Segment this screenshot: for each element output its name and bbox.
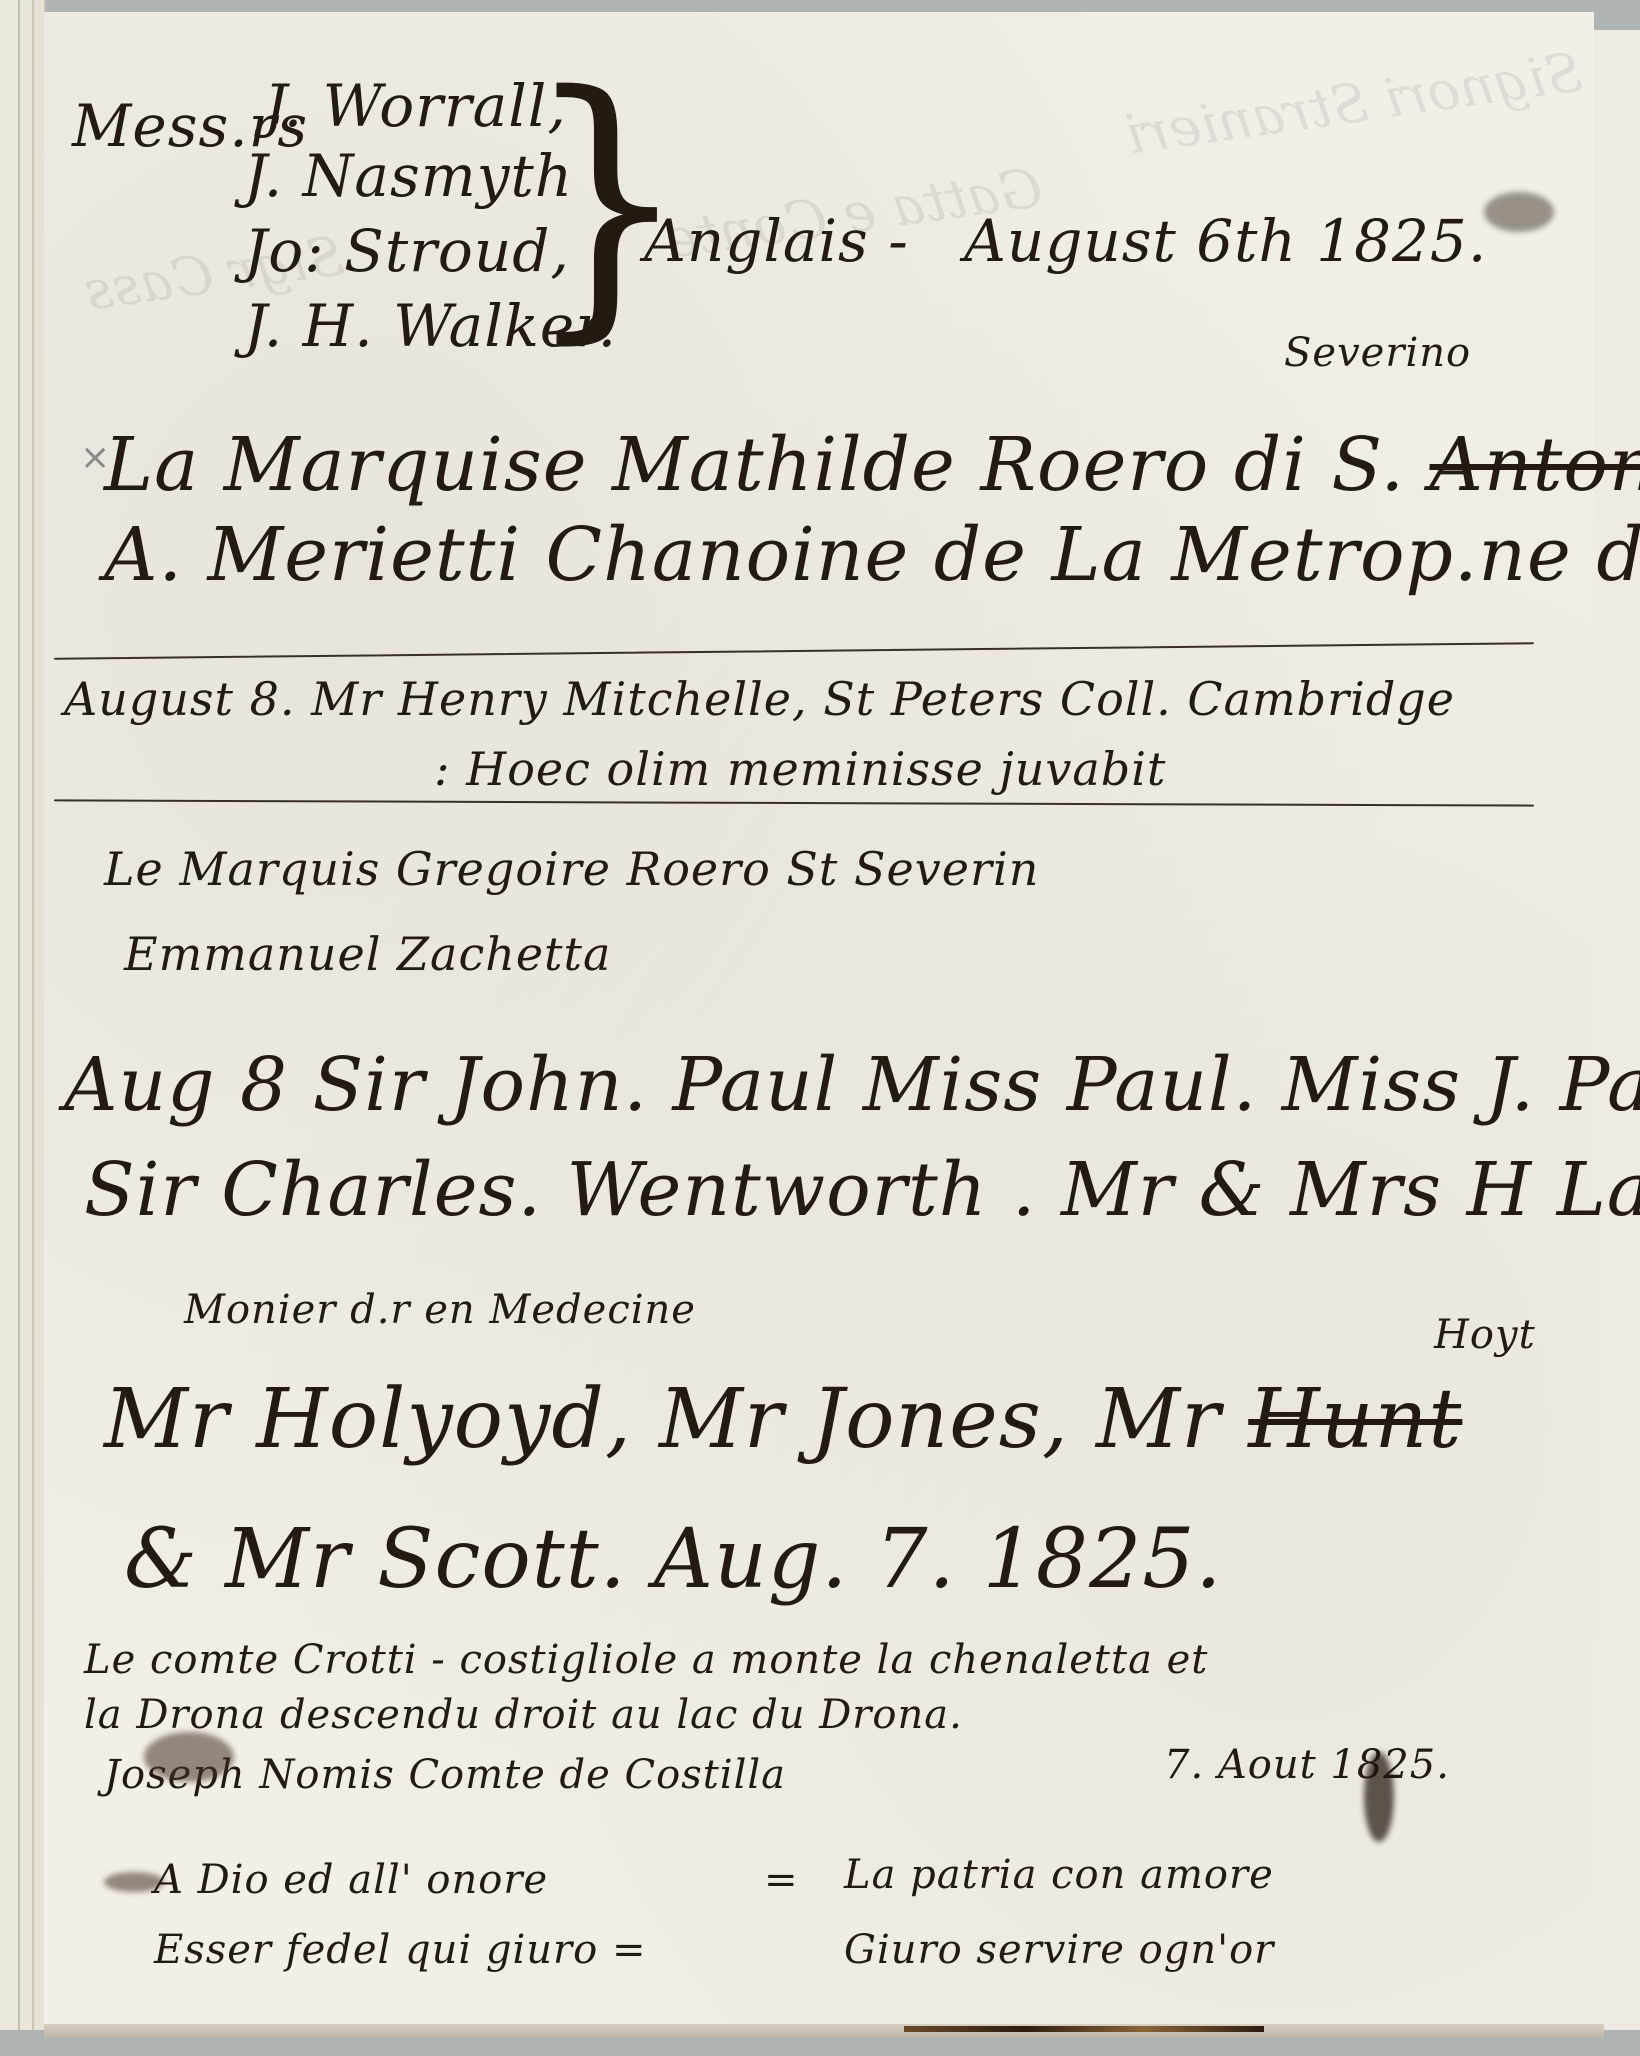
scott-line: & Mr Scott. Aug. 7. 1825. (124, 1512, 1223, 1607)
name-stroud: Jo: Stroud, (244, 217, 570, 285)
marquis-line: Le Marquis Gregoire Roero St Severin (104, 842, 1039, 896)
edge-stain (904, 2026, 1264, 2032)
ink-blot (1484, 192, 1554, 232)
verse-left-2: Esser fedel qui giuro = (154, 1927, 647, 1973)
struck-word: Antonio (1430, 422, 1640, 508)
marchesa-line-1: La Marquise Mathilde Roero di S. Antonio (104, 422, 1640, 508)
paul-line: Aug 8 Sir John. Paul Miss Paul. Miss J. … (64, 1042, 1640, 1128)
mitchell-line-2: : Hoec olim meminisse juvabit (434, 742, 1166, 796)
ink-stain (144, 1732, 234, 1782)
marchesa-line-2: A. Merietti Chanoine de La Metrop.ne de … (104, 512, 1640, 598)
name-worrall: J. Worrall, (264, 72, 567, 140)
verse-right-1: La patria con amore (844, 1852, 1274, 1898)
verse-separator: = (764, 1857, 799, 1903)
wentworth-line: Sir Charles. Wentworth . Mr & Mrs H Lamb… (84, 1147, 1640, 1233)
page-stack-left (0, 0, 46, 2030)
verse-right-2: Giuro servire ogn'or (844, 1927, 1274, 1973)
insert-hoyt: Hoyt (1434, 1312, 1536, 1358)
header-place: Anglais - (644, 207, 909, 275)
holyoyd-text: Mr Holyoyd, Mr Jones, Mr (104, 1372, 1221, 1467)
ink-drip (1364, 1752, 1394, 1842)
divider-rule (54, 799, 1534, 806)
page-bottom-edge (44, 2024, 1604, 2038)
brace-mark: } (524, 59, 689, 345)
marchesa-text: La Marquise Mathilde Roero di S. (104, 422, 1405, 508)
verse-left-1: A Dio ed all' onore (154, 1857, 548, 1903)
manuscript-page: Signori Stranieri Gatta e Conte Sigr Cas… (44, 12, 1594, 2030)
monier-line: Monier d.r en Medecine (184, 1287, 696, 1333)
drona-line: la Drona descendu droit au lac du Drona. (84, 1692, 963, 1738)
bleed-through: Signori Stranieri (1122, 40, 1586, 166)
struck-word: Hunt (1248, 1372, 1462, 1467)
zachetta-line: Emmanuel Zachetta (124, 927, 611, 981)
header-date: August 6th 1825. (964, 207, 1487, 275)
insert-severino: Severino (1284, 330, 1471, 376)
holyoyd-line: Mr Holyoyd, Mr Jones, Mr Hunt (104, 1372, 1462, 1467)
mitchell-line-1: August 8. Mr Henry Mitchelle, St Peters … (64, 672, 1455, 726)
costilla-date: 7. Aout 1825. (1164, 1742, 1450, 1788)
divider-rule (54, 642, 1534, 659)
crotti-line: Le comte Crotti - costigliole a monte la… (84, 1637, 1208, 1683)
